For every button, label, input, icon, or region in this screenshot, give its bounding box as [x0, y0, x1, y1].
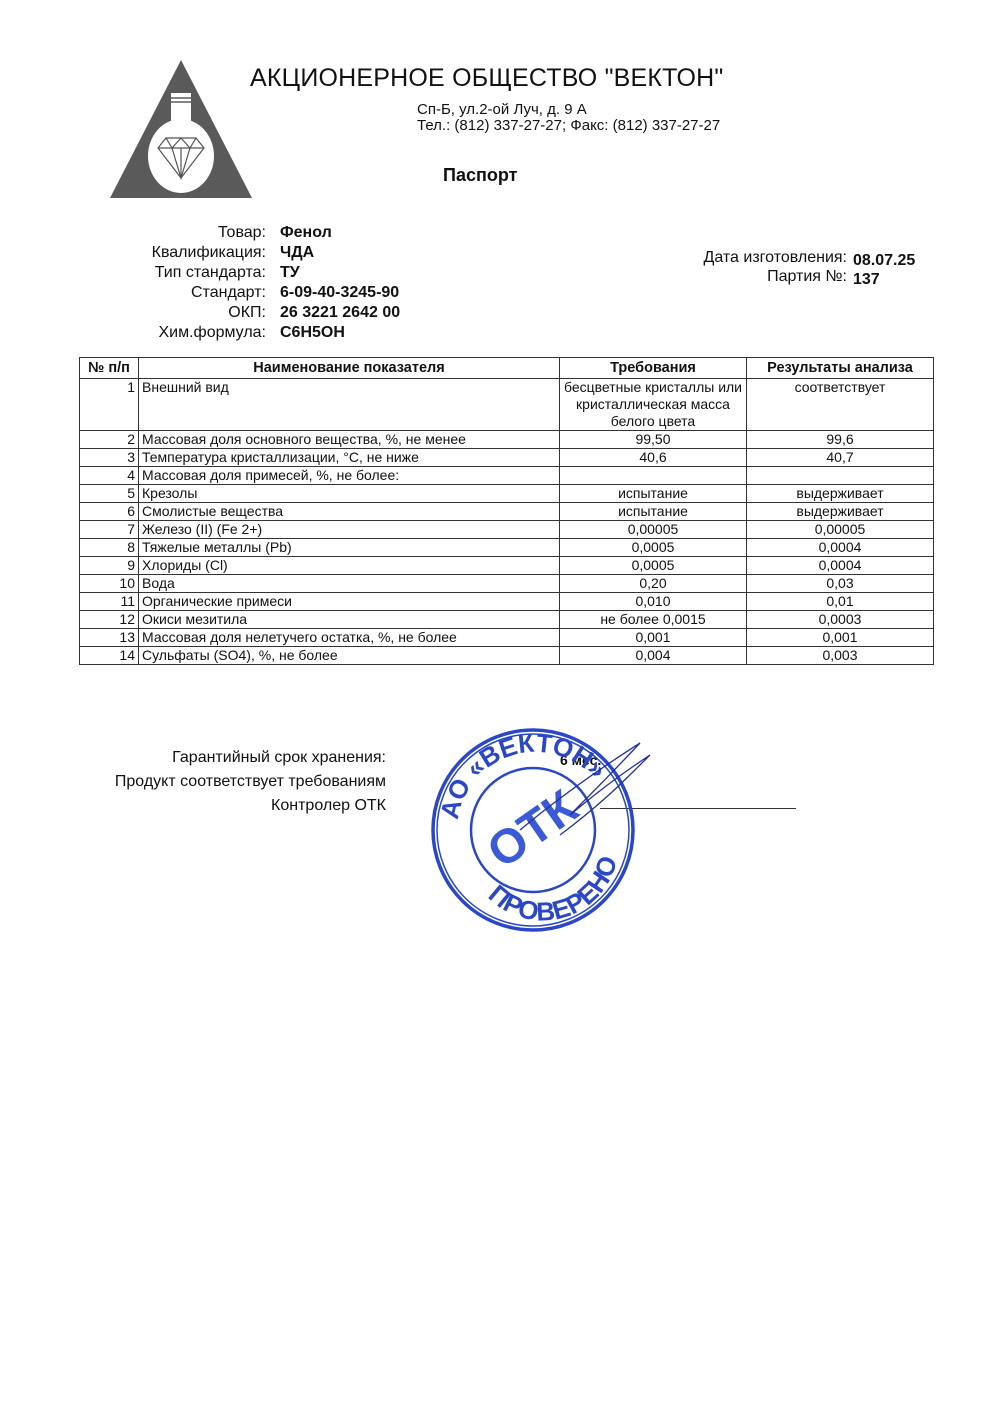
- product-property: Хим.формула:C6H5OH: [100, 323, 400, 343]
- result-value: 0,001: [747, 629, 934, 647]
- row-number: 9: [80, 557, 139, 575]
- requirement-value: не более 0,0015: [560, 611, 747, 629]
- requirement-value: [560, 467, 747, 485]
- col-results-header: Результаты анализа: [747, 358, 934, 379]
- property-label: Стандарт:: [100, 284, 266, 302]
- requirement-value: 0,010: [560, 593, 747, 611]
- requirement-value: 0,00005: [560, 521, 747, 539]
- requirement-value: 0,004: [560, 647, 747, 665]
- requirement-value: испытание: [560, 485, 747, 503]
- manufacture-date: Дата изготовления: 08.07.25: [660, 248, 915, 267]
- indicator-name: Тяжелые металлы (Pb): [139, 539, 560, 557]
- company-logo-icon: [108, 58, 254, 200]
- company-contacts: Сп-Б, ул.2-ой Луч, д. 9 А Тел.: (812) 33…: [417, 102, 720, 134]
- analysis-table: № п/п Наименование показателя Требования…: [79, 357, 934, 665]
- table-row: 12Окиси мезитилане более 0,00150,0003: [80, 611, 934, 629]
- result-value: 0,003: [747, 647, 934, 665]
- result-value: 0,00005: [747, 521, 934, 539]
- table-row: 3Температура кристаллизации, °С, не ниже…: [80, 449, 934, 467]
- result-value: 0,01: [747, 593, 934, 611]
- lot-number-label: Партия №:: [660, 268, 847, 286]
- signature-scribble-icon: [500, 735, 660, 845]
- company-address: Сп-Б, ул.2-ой Луч, д. 9 А: [417, 102, 720, 118]
- indicator-name: Органические примеси: [139, 593, 560, 611]
- footer-block: Гарантийный срок хранения: Продукт соотв…: [90, 746, 386, 818]
- product-property: ОКП:26 3221 2642 00: [100, 303, 400, 323]
- row-number: 4: [80, 467, 139, 485]
- table-row: 8Тяжелые металлы (Pb)0,00050,0004: [80, 539, 934, 557]
- product-property: Товар:Фенол: [100, 223, 400, 243]
- lot-number-value: 137: [853, 271, 880, 289]
- result-value: 99,6: [747, 431, 934, 449]
- requirement-value: 99,50: [560, 431, 747, 449]
- indicator-name: Вода: [139, 575, 560, 593]
- product-property: Квалификация:ЧДА: [100, 243, 400, 263]
- property-label: Хим.формула:: [100, 324, 266, 342]
- row-number: 14: [80, 647, 139, 665]
- property-value: C6H5OH: [280, 324, 345, 342]
- qc-controller-label: Контролер ОТК: [90, 794, 386, 818]
- row-number: 5: [80, 485, 139, 503]
- property-value: ТУ: [280, 264, 300, 282]
- company-phones: Тел.: (812) 337-27-27; Факс: (812) 337-2…: [417, 118, 720, 134]
- row-number: 10: [80, 575, 139, 593]
- table-header-row: № п/п Наименование показателя Требования…: [80, 358, 934, 379]
- table-row: 1Внешний видбесцветные кристаллы или кри…: [80, 379, 934, 431]
- table-row: 14Сульфаты (SO4), %, не более0,0040,003: [80, 647, 934, 665]
- indicator-name: Железо (II) (Fe 2+): [139, 521, 560, 539]
- indicator-name: Внешний вид: [139, 379, 560, 431]
- requirement-value: 0,0005: [560, 557, 747, 575]
- row-number: 6: [80, 503, 139, 521]
- indicator-name: Массовая доля основного вещества, %, не …: [139, 431, 560, 449]
- product-properties: Товар:ФенолКвалификация:ЧДАТип стандарта…: [100, 223, 400, 343]
- result-value: 40,7: [747, 449, 934, 467]
- result-value: 0,0003: [747, 611, 934, 629]
- result-value: 0,0004: [747, 557, 934, 575]
- requirement-value: испытание: [560, 503, 747, 521]
- row-number: 7: [80, 521, 139, 539]
- col-requirements-header: Требования: [560, 358, 747, 379]
- result-value: 0,0004: [747, 539, 934, 557]
- indicator-name: Смолистые вещества: [139, 503, 560, 521]
- product-property: Тип стандарта:ТУ: [100, 263, 400, 283]
- indicator-name: Сульфаты (SO4), %, не более: [139, 647, 560, 665]
- property-value: ЧДА: [280, 244, 314, 262]
- shelf-life-label: Гарантийный срок хранения:: [90, 746, 386, 770]
- table-row: 2Массовая доля основного вещества, %, не…: [80, 431, 934, 449]
- table-row: 4Массовая доля примесей, %, не более:: [80, 467, 934, 485]
- indicator-name: Крезолы: [139, 485, 560, 503]
- table-row: 11Органические примеси0,0100,01: [80, 593, 934, 611]
- product-property: Стандарт:6-09-40-3245-90: [100, 283, 400, 303]
- property-label: ОКП:: [100, 304, 266, 322]
- row-number: 13: [80, 629, 139, 647]
- col-number-header: № п/п: [80, 358, 139, 379]
- property-value: Фенол: [280, 224, 332, 242]
- row-number: 1: [80, 379, 139, 431]
- requirement-value: бесцветные кристаллы или кристаллическая…: [560, 379, 747, 431]
- requirement-value: 0,0005: [560, 539, 747, 557]
- indicator-name: Массовая доля примесей, %, не более:: [139, 467, 560, 485]
- row-number: 2: [80, 431, 139, 449]
- table-row: 13Массовая доля нелетучего остатка, %, н…: [80, 629, 934, 647]
- indicator-name: Температура кристаллизации, °С, не ниже: [139, 449, 560, 467]
- row-number: 3: [80, 449, 139, 467]
- requirement-value: 0,20: [560, 575, 747, 593]
- manufacture-date-label: Дата изготовления:: [660, 249, 847, 267]
- property-value: 6-09-40-3245-90: [280, 284, 399, 302]
- table-row: 7Железо (II) (Fe 2+)0,000050,00005: [80, 521, 934, 539]
- compliance-statement: Продукт соответствует требованиям: [90, 770, 386, 794]
- table-row: 6Смолистые веществаиспытаниевыдерживает: [80, 503, 934, 521]
- batch-info: Дата изготовления: 08.07.25 Партия №: 13…: [660, 248, 915, 286]
- row-number: 11: [80, 593, 139, 611]
- property-label: Товар:: [100, 224, 266, 242]
- result-value: соответствует: [747, 379, 934, 431]
- table-row: 10Вода0,200,03: [80, 575, 934, 593]
- result-value: [747, 467, 934, 485]
- row-number: 12: [80, 611, 139, 629]
- result-value: 0,03: [747, 575, 934, 593]
- indicator-name: Окиси мезитила: [139, 611, 560, 629]
- document-title: Паспорт: [443, 165, 517, 186]
- indicator-name: Массовая доля нелетучего остатка, %, не …: [139, 629, 560, 647]
- row-number: 8: [80, 539, 139, 557]
- company-name: АКЦИОНЕРНОЕ ОБЩЕСТВО "ВЕКТОН": [250, 64, 723, 93]
- property-label: Тип стандарта:: [100, 264, 266, 282]
- lot-number: Партия №: 137: [660, 267, 915, 286]
- result-value: выдерживает: [747, 485, 934, 503]
- manufacture-date-value: 08.07.25: [853, 252, 915, 270]
- requirement-value: 40,6: [560, 449, 747, 467]
- property-value: 26 3221 2642 00: [280, 304, 400, 322]
- property-label: Квалификация:: [100, 244, 266, 262]
- table-row: 9Хлориды (Cl)0,00050,0004: [80, 557, 934, 575]
- requirement-value: 0,001: [560, 629, 747, 647]
- result-value: выдерживает: [747, 503, 934, 521]
- col-name-header: Наименование показателя: [139, 358, 560, 379]
- table-row: 5Крезолыиспытаниевыдерживает: [80, 485, 934, 503]
- indicator-name: Хлориды (Cl): [139, 557, 560, 575]
